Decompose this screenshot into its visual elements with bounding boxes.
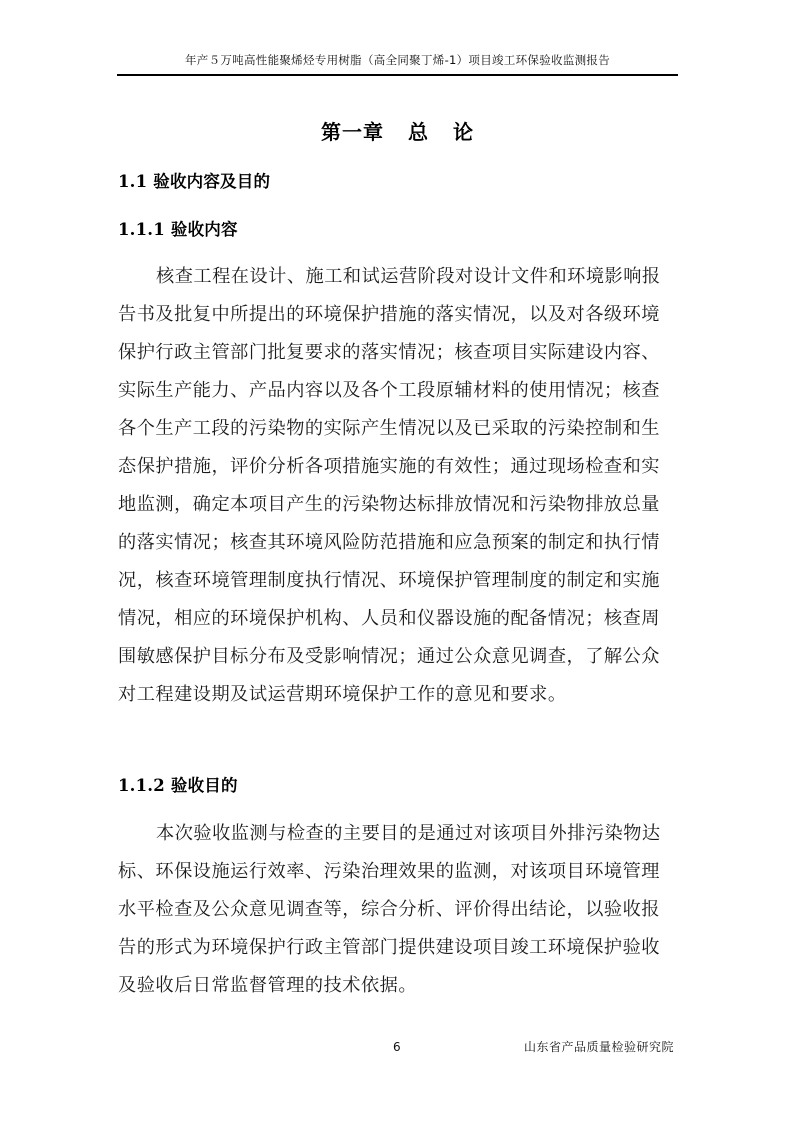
paragraph-line: 及验收后日常监督管理的技术依据。 [118, 967, 674, 1005]
section-heading-1-1: 1.1 验收内容及目的 [118, 170, 270, 194]
paragraph-line: 态保护措施，评价分析各项措施实施的有效性；通过现场检查和实 [118, 448, 674, 486]
paragraph-line: 围敏感保护目标分布及受影响情况；通过公众意见调查，了解公众 [118, 638, 674, 676]
section-heading-1-1-1: 1.1.1 验收内容 [118, 218, 238, 242]
page-header: 年产５万吨高性能聚烯烃专用树脂（高全同聚丁烯-1）项目竣工环保验收监测报告 [117, 52, 678, 76]
institute-name: 山东省产品质量检验研究院 [524, 1038, 674, 1056]
paragraph-line: 地监测，确定本项目产生的污染物达标排放情况和污染物排放总量 [118, 486, 674, 524]
paragraph-line: 水平检查及公众意见调查等，综合分析、评价得出结论，以验收报 [118, 891, 674, 929]
paragraph-line: 告书及批复中所提出的环境保护措施的落实情况，以及对各级环境 [118, 296, 674, 334]
paragraph-line: 各个生产工段的污染物的实际产生情况以及已采取的污染控制和生 [118, 410, 674, 448]
acceptance-purpose-paragraph: 本次验收监测与检查的主要目的是通过对该项目外排污染物达 标、环保设施运行效率、污… [118, 815, 674, 1005]
paragraph-line: 告的形式为环境保护行政主管部门提供建设项目竣工环境保护验收 [118, 929, 674, 967]
page-number: 6 [393, 1038, 401, 1056]
chapter-word-1: 总 [408, 120, 429, 144]
paragraph-line: 核查工程在设计、施工和试运营阶段对设计文件和环境影响报 [118, 258, 674, 296]
chapter-word-2: 论 [453, 120, 474, 144]
page-footer: 6 山东省产品质量检验研究院 [117, 1038, 678, 1058]
acceptance-content-paragraph: 核查工程在设计、施工和试运营阶段对设计文件和环境影响报 告书及批复中所提出的环境… [118, 258, 674, 714]
report-title: 年产５万吨高性能聚烯烃专用树脂（高全同聚丁烯-1）项目竣工环保验收监测报告 [185, 53, 610, 67]
paragraph-line: 标、环保设施运行效率、污染治理效果的监测，对该项目环境管理 [118, 853, 674, 891]
chapter-number: 第一章 [321, 120, 384, 144]
paragraph-line: 实际生产能力、产品内容以及各个工段原辅材料的使用情况；核查 [118, 372, 674, 410]
paragraph-line: 保护行政主管部门批复要求的落实情况；核查项目实际建设内容、 [118, 334, 674, 372]
paragraph-line: 的落实情况；核查其环境风险防范措施和应急预案的制定和执行情 [118, 524, 674, 562]
chapter-title: 第一章总论 [117, 118, 678, 146]
section-heading-1-1-2: 1.1.2 验收目的 [118, 774, 238, 798]
paragraph-line: 况，核查环境管理制度执行情况、环境保护管理制度的制定和实施 [118, 562, 674, 600]
paragraph-line: 对工程建设期及试运营期环境保护工作的意见和要求。 [118, 676, 674, 714]
paragraph-line: 情况，相应的环境保护机构、人员和仪器设施的配备情况；核查周 [118, 600, 674, 638]
paragraph-line: 本次验收监测与检查的主要目的是通过对该项目外排污染物达 [118, 815, 674, 853]
